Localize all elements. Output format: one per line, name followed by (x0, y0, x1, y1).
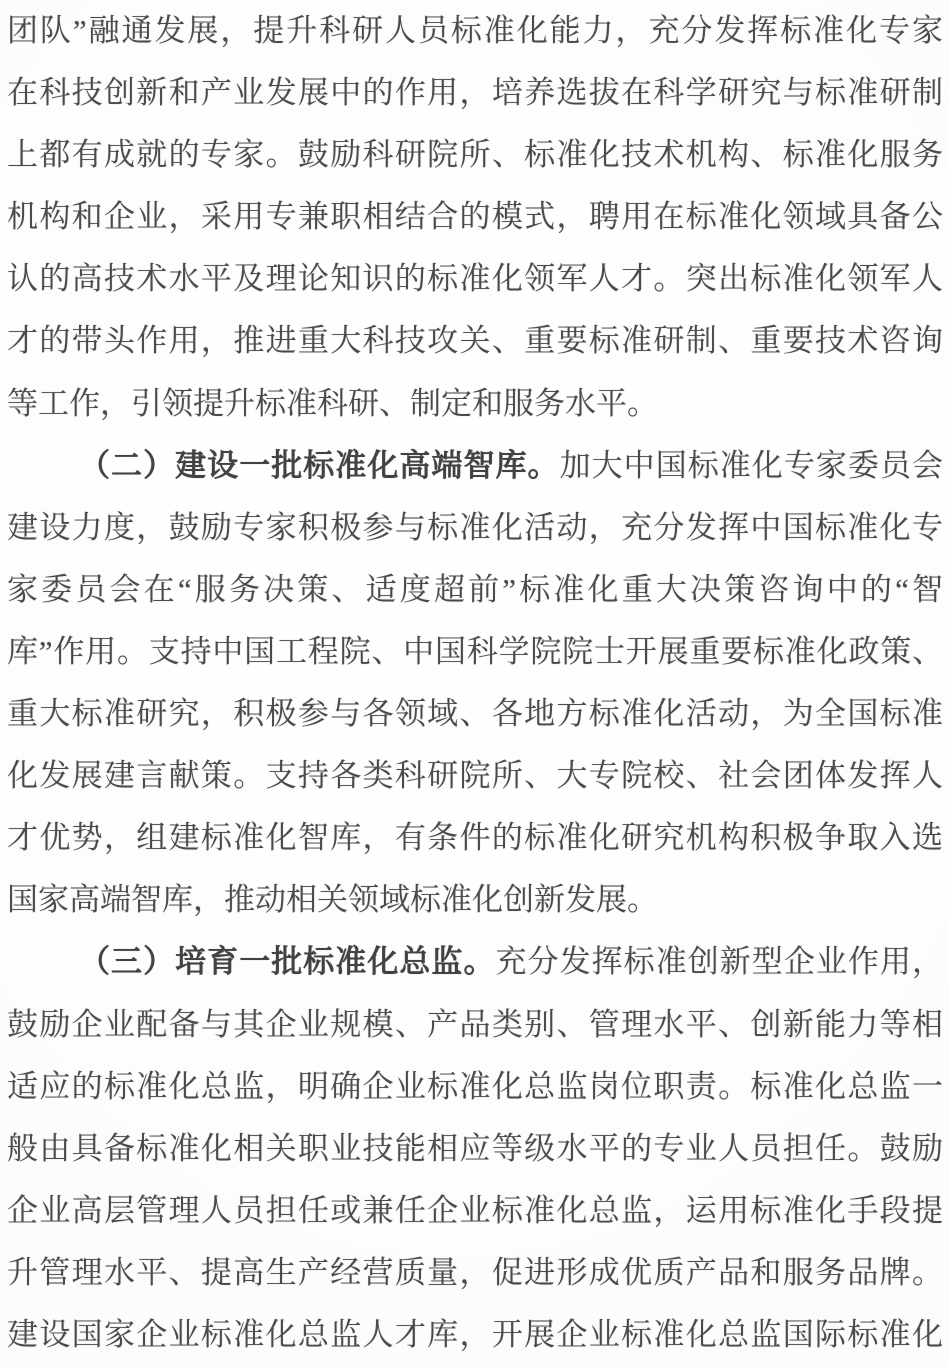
body-text: 在科技创新和产业发展中的作用，培养选拔在科学研究与标准研制 (7, 75, 943, 110)
text-line: 建设力度，鼓励专家积极参与标准化活动，充分发挥中国标准化专 (7, 497, 943, 559)
body-text: 团队”融通发展，提升科研人员标准化能力，充分发挥标准化专家 (7, 13, 943, 48)
section-heading-text: （二）建设一批标准化高端智库。 (79, 448, 560, 483)
section-heading-text: （三）培育一批标准化总监。 (79, 944, 496, 979)
body-text: 库”作用。支持中国工程院、中国科学院院士开展重要标准化政策、 (7, 634, 943, 669)
body-text: 充分发挥标准创新型企业作用， (496, 944, 944, 979)
text-line: 团队”融通发展，提升科研人员标准化能力，充分发挥标准化专家 (7, 0, 943, 62)
text-line: （二）建设一批标准化高端智库。加大中国标准化专家委员会 (7, 435, 943, 497)
body-text: 等工作，引领提升标准科研、制定和服务水平。 (7, 386, 658, 421)
text-line: 建设国家企业标准化总监人才库，开展企业标准化总监国际标准化 (7, 1304, 943, 1366)
body-text: 建设力度，鼓励专家积极参与标准化活动，充分发挥中国标准化专 (7, 510, 943, 545)
body-text: 鼓励企业配备与其企业规模、产品类别、管理水平、创新能力等相 (7, 1007, 943, 1042)
body-text: 建设国家企业标准化总监人才库，开展企业标准化总监国际标准化 (7, 1317, 943, 1352)
text-line: 家委员会在“服务决策、适度超前”标准化重大决策咨询中的“智 (7, 559, 943, 621)
body-text: 升管理水平、提高生产经营质量，促进形成优质产品和服务品牌。 (7, 1255, 943, 1290)
text-line: 机构和企业，采用专兼职相结合的模式，聘用在标准化领域具备公 (7, 186, 943, 248)
body-text: 般由具备标准化相关职业技能相应等级水平的专业人员担任。鼓励 (7, 1131, 943, 1166)
text-line: 认的高技术水平及理论知识的标准化领军人才。突出标准化领军人 (7, 248, 943, 310)
body-text: 国家高端智库，推动相关领域标准化创新发展。 (7, 882, 658, 917)
text-line: 重大标准研究，积极参与各领域、各地方标准化活动，为全国标准 (7, 683, 943, 745)
document-text-block: 团队”融通发展，提升科研人员标准化能力，充分发挥标准化专家在科技创新和产业发展中… (7, 0, 943, 1366)
text-line: 化发展建言献策。支持各类科研院所、大专院校、社会团体发挥人 (7, 745, 943, 807)
text-line: 国家高端智库，推动相关领域标准化创新发展。 (7, 869, 943, 931)
body-text: 家委员会在“服务决策、适度超前”标准化重大决策咨询中的“智 (7, 572, 943, 607)
text-line: 般由具备标准化相关职业技能相应等级水平的专业人员担任。鼓励 (7, 1118, 943, 1180)
body-text: 机构和企业，采用专兼职相结合的模式，聘用在标准化领域具备公 (7, 199, 943, 234)
text-line: 上都有成就的专家。鼓励科研院所、标准化技术机构、标准化服务 (7, 124, 943, 186)
body-text: 加大中国标准化专家委员会 (560, 448, 943, 483)
document-page: 团队”融通发展，提升科研人员标准化能力，充分发挥标准化专家在科技创新和产业发展中… (0, 0, 950, 1367)
body-text: 上都有成就的专家。鼓励科研院所、标准化技术机构、标准化服务 (7, 137, 943, 172)
body-text: 企业高层管理人员担任或兼任企业标准化总监，运用标准化手段提 (7, 1193, 943, 1228)
text-line: 企业高层管理人员担任或兼任企业标准化总监，运用标准化手段提 (7, 1180, 943, 1242)
text-line: 才优势，组建标准化智库，有条件的标准化研究机构积极争取入选 (7, 807, 943, 869)
body-text: 才优势，组建标准化智库，有条件的标准化研究机构积极争取入选 (7, 820, 943, 855)
text-line: 库”作用。支持中国工程院、中国科学院院士开展重要标准化政策、 (7, 621, 943, 683)
text-line: 鼓励企业配备与其企业规模、产品类别、管理水平、创新能力等相 (7, 994, 943, 1056)
body-text: 才的带头作用，推进重大科技攻关、重要标准研制、重要技术咨询 (7, 323, 943, 358)
text-line: 等工作，引领提升标准科研、制定和服务水平。 (7, 373, 943, 435)
text-line: 在科技创新和产业发展中的作用，培养选拔在科学研究与标准研制 (7, 62, 943, 124)
body-text: 适应的标准化总监，明确企业标准化总监岗位职责。标准化总监一 (7, 1069, 943, 1104)
text-line: 适应的标准化总监，明确企业标准化总监岗位职责。标准化总监一 (7, 1056, 943, 1118)
body-text: 化发展建言献策。支持各类科研院所、大专院校、社会团体发挥人 (7, 758, 943, 793)
text-line: 升管理水平、提高生产经营质量，促进形成优质产品和服务品牌。 (7, 1242, 943, 1304)
text-line: （三）培育一批标准化总监。充分发挥标准创新型企业作用， (7, 931, 943, 993)
body-text: 重大标准研究，积极参与各领域、各地方标准化活动，为全国标准 (7, 696, 943, 731)
body-text: 认的高技术水平及理论知识的标准化领军人才。突出标准化领军人 (7, 261, 943, 296)
text-line: 才的带头作用，推进重大科技攻关、重要标准研制、重要技术咨询 (7, 310, 943, 372)
